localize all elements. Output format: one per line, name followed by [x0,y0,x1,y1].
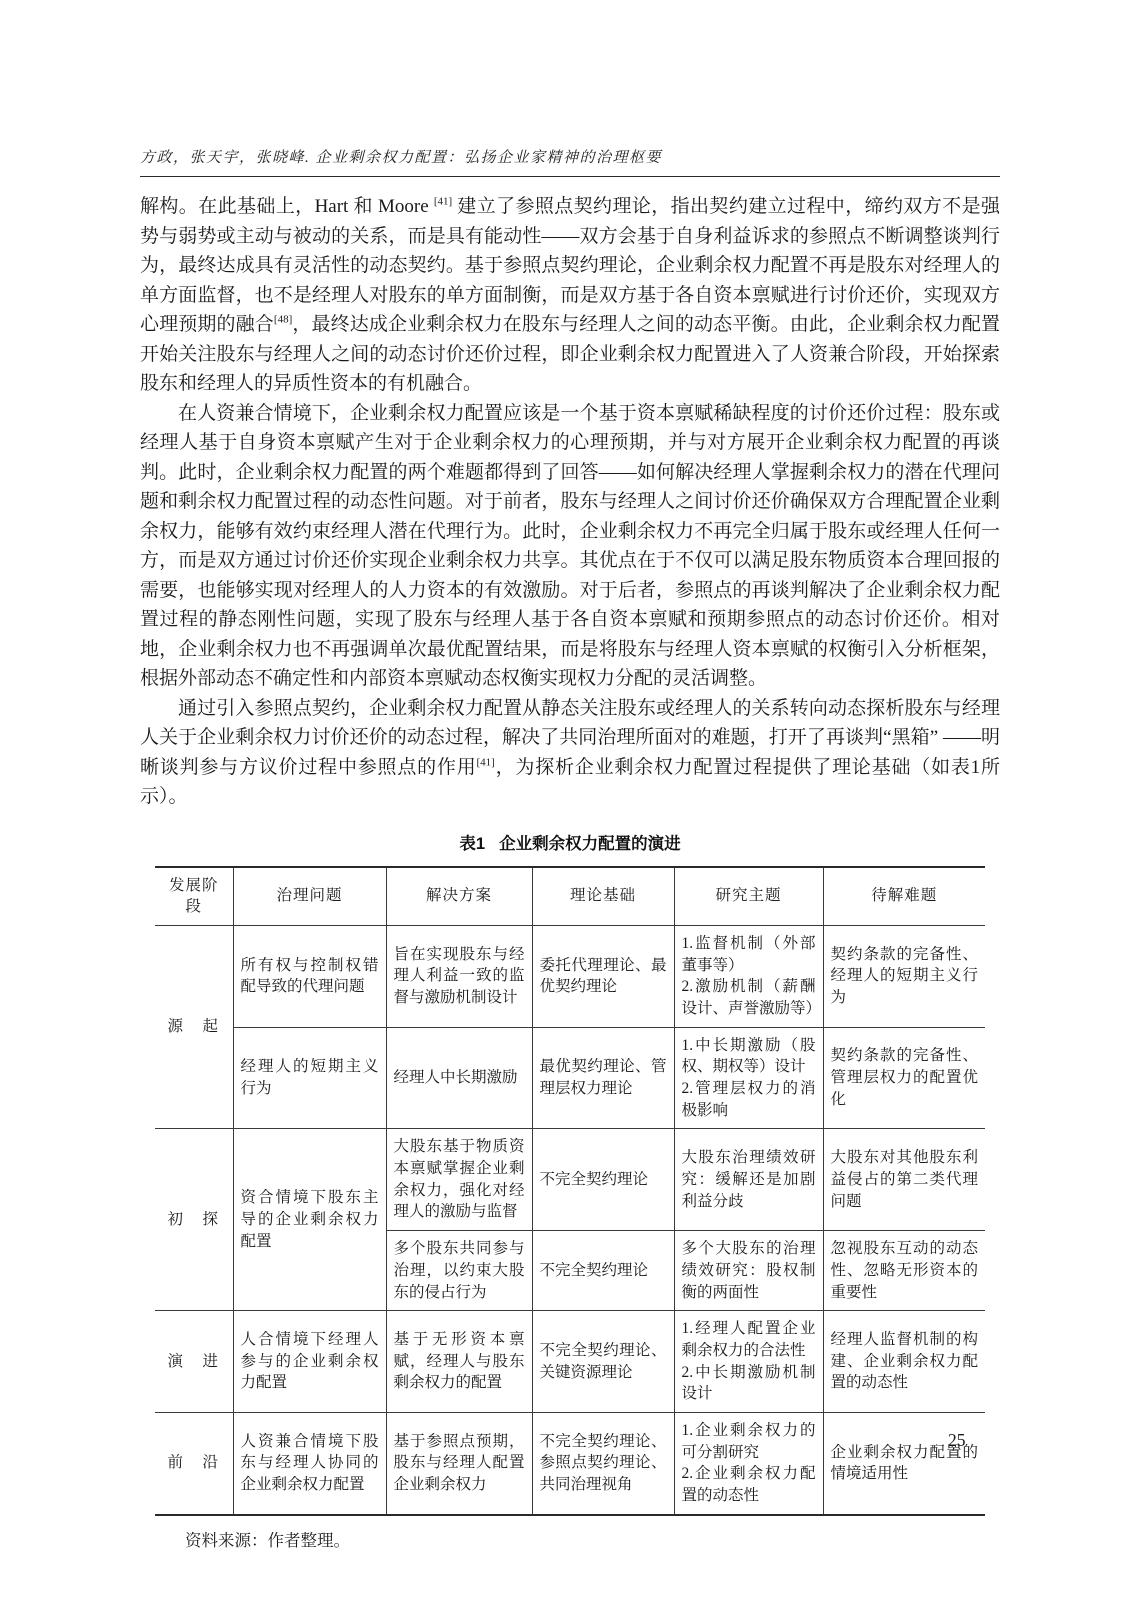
table-row: 初 探资合情境下股东主导的企业剩余权力配置大股东基于物质资本禀赋掌握企业剩余权力… [155,1129,985,1231]
theory-cell: 不完全契约理论 [532,1231,674,1311]
column-header: 解决方案 [386,867,532,926]
table-row: 源 起所有权与控制权错配导致的代理问题旨在实现股东与经理人利益一致的监督与激励机… [155,925,985,1027]
evolution-table: 发展阶段治理问题解决方案理论基础研究主题待解难题 源 起所有权与控制权错配导致的… [155,866,985,1516]
page-number: 25 [948,1430,966,1451]
column-header: 治理问题 [233,867,386,926]
page-content: 方政，张天宇，张晓峰. 企业剩余权力配置：弘扬企业家精神的治理枢要 解构。在此基… [140,146,1000,1551]
column-header: 发展阶段 [155,867,233,926]
table-row: 前 沿人资兼合情境下股东与经理人协同的企业剩余权力配置基于参照点预期，股东与经理… [155,1412,985,1514]
topics-cell: 大股东治理绩效研究：缓解还是加剧利益分歧 [674,1129,823,1231]
problem-cell: 经理人的短期主义行为 [233,1027,386,1129]
theory-cell: 委托代理理论、最优契约理论 [532,925,674,1027]
citation-superscript: [41] [434,196,452,208]
stage-cell: 源 起 [155,925,233,1129]
column-header: 待解难题 [823,867,985,926]
theory-cell: 最优契约理论、管理层权力理论 [532,1027,674,1129]
paragraph: 通过引入参照点契约，企业剩余权力配置从静态关注股东或经理人的关系转向动态探析股东… [140,694,1000,812]
column-header: 研究主题 [674,867,823,926]
table-row: 经理人的短期主义行为经理人中长期激励最优契约理论、管理层权力理论1.中长期激励（… [155,1027,985,1129]
table-body: 源 起所有权与控制权错配导致的代理问题旨在实现股东与经理人利益一致的监督与激励机… [155,925,985,1514]
challenges-cell: 契约条款的完备性、管理层权力的配置优化 [823,1027,985,1129]
problem-cell: 资合情境下股东主导的企业剩余权力配置 [233,1129,386,1311]
table-caption: 企业剩余权力配置的演进 [499,835,681,853]
theory-cell: 不完全契约理论、参照点契约理论、共同治理视角 [532,1412,674,1514]
solution-cell: 大股东基于物质资本禀赋掌握企业剩余权力，强化对经理人的激励与监督 [386,1129,532,1231]
table-row: 演 进人合情境下经理人参与的企业剩余权力配置基于无形资本禀赋，经理人与股东剩余权… [155,1311,985,1413]
theory-cell: 不完全契约理论、关键资源理论 [532,1311,674,1413]
topics-cell: 1.企业剩余权力的可分割研究 2.企业剩余权力配置的动态性 [674,1412,823,1514]
table-label: 表1 [459,835,485,853]
article-body: 解构。在此基础上，Hart 和 Moore [41] 建立了参照点契约理论，指出… [140,192,1000,812]
solution-cell: 基于参照点预期，股东与经理人配置企业剩余权力 [386,1412,532,1514]
solution-cell: 旨在实现股东与经理人利益一致的监督与激励机制设计 [386,925,532,1027]
table-source-note: 资料来源：作者整理。 [185,1527,1000,1551]
stage-cell: 演 进 [155,1311,233,1413]
citation-superscript: [48] [274,314,292,326]
citation-superscript: [41] [477,756,495,768]
table-header: 发展阶段治理问题解决方案理论基础研究主题待解难题 [155,867,985,926]
column-header: 理论基础 [532,867,674,926]
challenges-cell: 企业剩余权力配置的情境适用性 [823,1412,985,1514]
solution-cell: 基于无形资本禀赋，经理人与股东剩余权力的配置 [386,1311,532,1413]
topics-cell: 1.中长期激励（股权、期权等）设计 2.管理层权力的消极影响 [674,1027,823,1129]
challenges-cell: 忽视股东互动的动态性、忽略无形资本的重要性 [823,1231,985,1311]
problem-cell: 所有权与控制权错配导致的代理问题 [233,925,386,1027]
topics-cell: 多个大股东的治理绩效研究：股权制衡的两面性 [674,1231,823,1311]
challenges-cell: 经理人监督机制的构建、企业剩余权力配置的动态性 [823,1311,985,1413]
table-header-row: 发展阶段治理问题解决方案理论基础研究主题待解难题 [155,867,985,926]
problem-cell: 人合情境下经理人参与的企业剩余权力配置 [233,1311,386,1413]
problem-cell: 人资兼合情境下股东与经理人协同的企业剩余权力配置 [233,1412,386,1514]
stage-cell: 前 沿 [155,1412,233,1514]
solution-cell: 经理人中长期激励 [386,1027,532,1129]
solution-cell: 多个股东共同参与治理，以约束大股东的侵占行为 [386,1231,532,1311]
running-head: 方政，张天宇，张晓峰. 企业剩余权力配置：弘扬企业家精神的治理枢要 [140,146,1000,177]
challenges-cell: 大股东对其他股东利益侵占的第二类代理问题 [823,1129,985,1231]
stage-cell: 初 探 [155,1129,233,1311]
topics-cell: 1.经理人配置企业剩余权力的合法性 2.中长期激励机制设计 [674,1311,823,1413]
paragraph: 在人资兼合情境下，企业剩余权力配置应该是一个基于资本禀赋稀缺程度的讨价还价过程：… [140,399,1000,694]
theory-cell: 不完全契约理论 [532,1129,674,1231]
paragraph: 解构。在此基础上，Hart 和 Moore [41] 建立了参照点契约理论，指出… [140,192,1000,399]
table-title: 表1企业剩余权力配置的演进 [140,830,1000,854]
challenges-cell: 契约条款的完备性、经理人的短期主义行为 [823,925,985,1027]
topics-cell: 1.监督机制（外部董事等） 2.激励机制（薪酬设计、声誉激励等） [674,925,823,1027]
